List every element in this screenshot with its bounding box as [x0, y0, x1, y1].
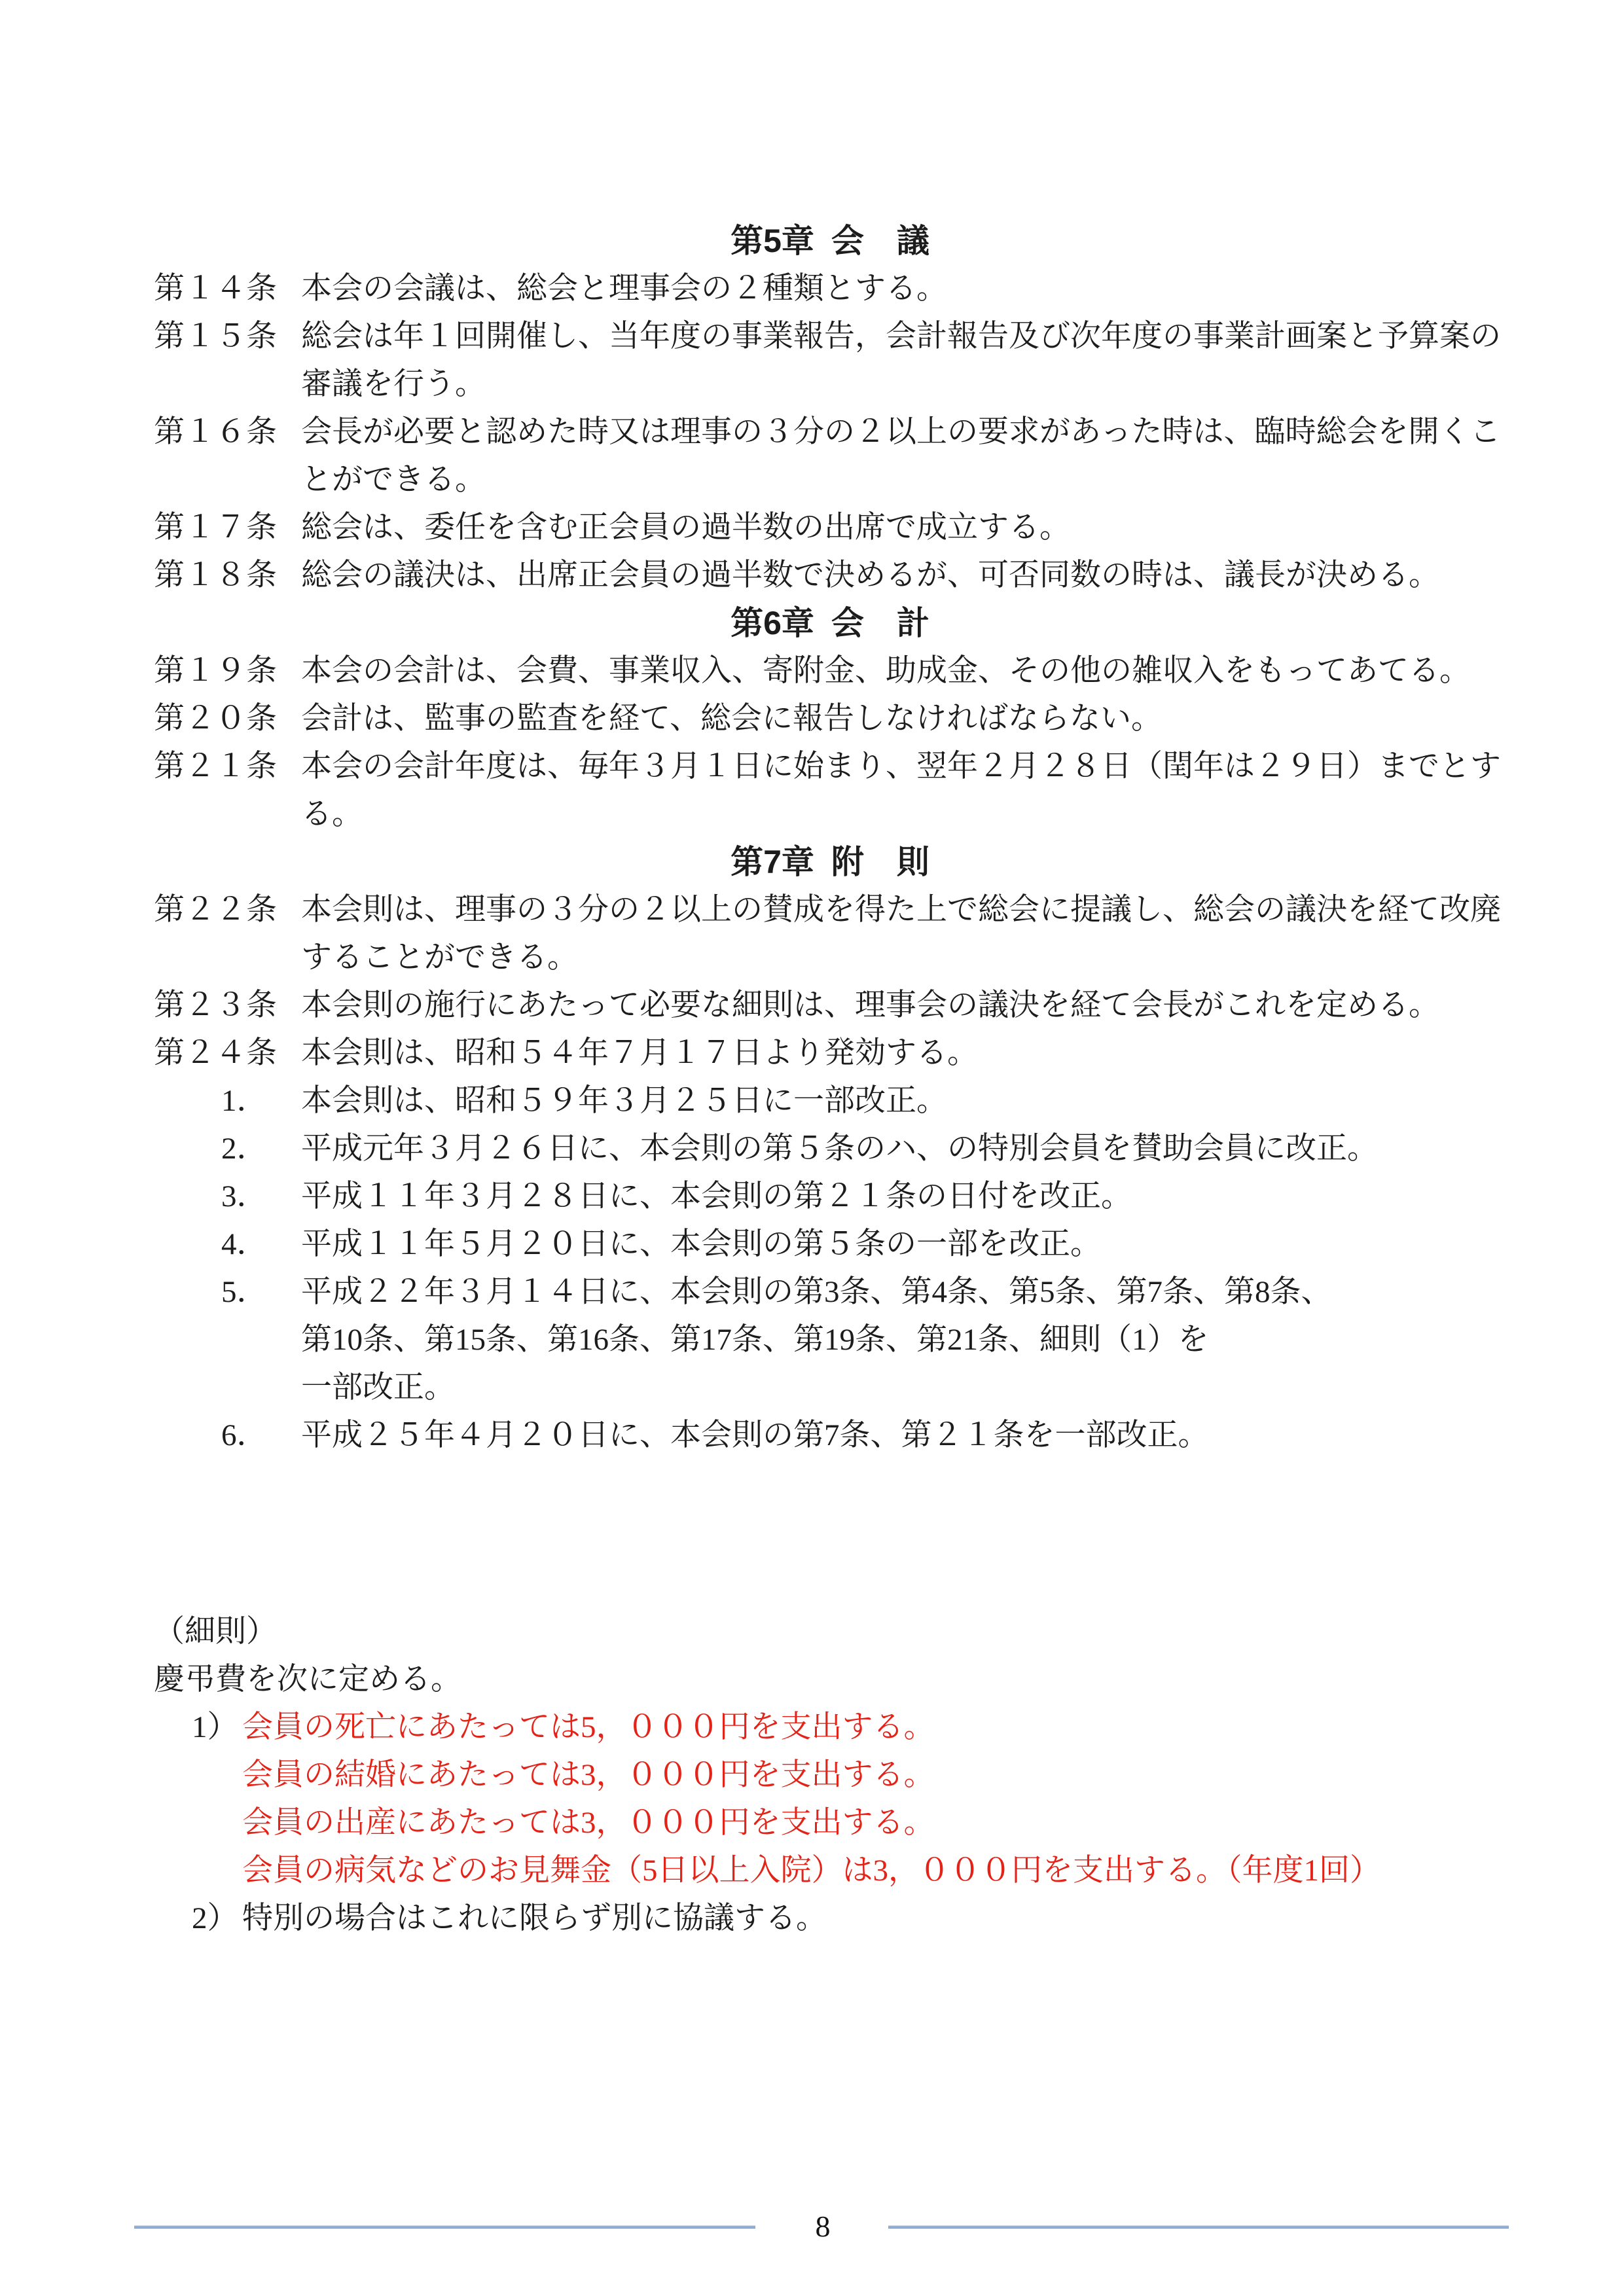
- article-row: 第１４条本会の会議は、総会と理事会の２種類とする。: [154, 265, 1506, 313]
- amendment-text-body: 平成１１年３月２８日に、本会則の第２１条の日付を改正。: [301, 1173, 1132, 1221]
- article-number: 第１８条: [154, 552, 301, 600]
- amendment-text-body: 平成元年３月２６日に、本会則の第５条のハ、の特別会員を賛助会員に改正。: [301, 1125, 1378, 1173]
- bylaw-marker: 2）: [192, 1895, 242, 1943]
- article-text-body: 本会の会計は、会費、事業収入、寄附金、助成金、その他の雑収入をもってあてる。: [301, 647, 1470, 695]
- bylaw-text-line: 会員の結婚にあたっては3，０００円を支出する。: [242, 1751, 1380, 1799]
- article-text-body: 本会則は、理事の３分の２以上の賛成を得た上で総会に提議し、総会の議決を経て改廃す…: [301, 886, 1501, 982]
- amendment-text-line: 本会則は、昭和５９年３月２５日に一部改正。: [301, 1077, 947, 1125]
- article-number: 第２３条: [154, 982, 301, 1030]
- bylaw-text-line: 会員の病気などのお見舞金（5日以上入院）は3，０００円を支出する。（年度1回）: [242, 1847, 1380, 1895]
- bylaw-text-line: 会員の死亡にあたっては5，０００円を支出する。: [242, 1704, 1380, 1751]
- amendment-text-line: 平成元年３月２６日に、本会則の第５条のハ、の特別会員を賛助会員に改正。: [301, 1125, 1378, 1173]
- article-text-body: 総会は年１回開催し、当年度の事業報告，会計報告及び次年度の事業計画案と予算案の審…: [301, 313, 1501, 408]
- bylaw-marker: 1）: [192, 1704, 242, 1751]
- article-text-line: 総会の議決は、出席正会員の過半数で決めるが、可否同数の時は、議長が決める。: [301, 552, 1439, 600]
- article-row: 第２０条会計は、監事の監査を経て、総会に報告しなければならない。: [154, 695, 1506, 743]
- amendment-text-line: 平成２５年４月２０日に、本会則の第7条、第２１条を一部改正。: [301, 1412, 1209, 1460]
- bylaw-item-row: 1）会員の死亡にあたっては5，０００円を支出する。会員の結婚にあたっては3，００…: [154, 1704, 1506, 1895]
- chapter-title: 附 則: [831, 844, 929, 880]
- article-number: 第２４条: [154, 1030, 301, 1077]
- article-row: 第１６条会長が必要と認めた時又は理事の３分の２以上の要求があった時は、臨時総会を…: [154, 408, 1506, 504]
- article-text-line: 本会則は、昭和５４年７月１７日より発効する。: [301, 1030, 978, 1077]
- article-text-line: 審議を行う。: [301, 361, 1501, 408]
- amendment-row: 4．平成１１年５月２０日に、本会則の第５条の一部を改正。: [154, 1221, 1506, 1268]
- amendment-marker: 1．: [221, 1077, 301, 1125]
- article-text-line: 会長が必要と認めた時又は理事の３分の２以上の要求があった時は、臨時総会を開くこ: [301, 408, 1501, 456]
- article-text-line: することができる。: [301, 934, 1501, 982]
- plain-text-row: （細則）: [154, 1608, 1506, 1656]
- article-text-body: 総会の議決は、出席正会員の過半数で決めるが、可否同数の時は、議長が決める。: [301, 552, 1439, 600]
- page-number: 8: [816, 2212, 831, 2242]
- amendment-marker: 6．: [221, 1412, 301, 1460]
- plain-text-row: 慶弔費を次に定める。: [154, 1656, 1506, 1704]
- article-number: 第１４条: [154, 265, 301, 313]
- footer-rule-right: [888, 2225, 1509, 2229]
- amendment-row: 3．平成１１年３月２８日に、本会則の第２１条の日付を改正。: [154, 1173, 1506, 1221]
- amendment-text-body: 平成２２年３月１４日に、本会則の第3条、第4条、第5条、第7条、第8条、第10条…: [301, 1268, 1332, 1412]
- article-text-body: 本会則は、昭和５４年７月１７日より発効する。: [301, 1030, 978, 1077]
- amendment-text-line: 平成１１年３月２８日に、本会則の第２１条の日付を改正。: [301, 1173, 1132, 1221]
- article-row: 第１５条総会は年１回開催し、当年度の事業報告，会計報告及び次年度の事業計画案と予…: [154, 313, 1506, 408]
- chapter-heading: 第6章会 計: [154, 600, 1506, 647]
- footer-rule-left: [134, 2225, 755, 2229]
- bylaw-text-body: 会員の死亡にあたっては5，０００円を支出する。会員の結婚にあたっては3，０００円…: [242, 1704, 1380, 1895]
- article-text-line: 会計は、監事の監査を経て、総会に報告しなければならない。: [301, 695, 1162, 743]
- amendment-row: 1．本会則は、昭和５９年３月２５日に一部改正。: [154, 1077, 1506, 1125]
- bylaw-text-line: 会員の出産にあたっては3，０００円を支出する。: [242, 1799, 1380, 1847]
- amendment-marker: 2．: [221, 1125, 301, 1173]
- document-body: 第5章会 議第１４条本会の会議は、総会と理事会の２種類とする。第１５条総会は年１…: [154, 217, 1506, 1943]
- article-row: 第１８条総会の議決は、出席正会員の過半数で決めるが、可否同数の時は、議長が決める…: [154, 552, 1506, 600]
- bylaw-text-body: 特別の場合はこれに限らず別に協議する。: [242, 1895, 827, 1943]
- article-number: 第２０条: [154, 695, 301, 743]
- amendment-marker: 4．: [221, 1221, 301, 1268]
- article-row: 第２２条本会則は、理事の３分の２以上の賛成を得た上で総会に提議し、総会の議決を経…: [154, 886, 1506, 982]
- article-text-body: 本会の会計年度は、毎年３月１日に始まり、翌年２月２８日（閏年は２９日）までとする…: [301, 743, 1501, 838]
- chapter-heading: 第5章会 議: [154, 217, 1506, 265]
- article-text-line: 本会則は、理事の３分の２以上の賛成を得た上で総会に提議し、総会の議決を経て改廃: [301, 886, 1501, 934]
- amendment-text-line: 一部改正。: [301, 1364, 1332, 1412]
- article-text-body: 本会の会議は、総会と理事会の２種類とする。: [301, 265, 947, 313]
- document-page: 第5章会 議第１４条本会の会議は、総会と理事会の２種類とする。第１５条総会は年１…: [0, 0, 1624, 2296]
- article-row: 第１７条総会は、委任を含む正会員の過半数の出席で成立する。: [154, 504, 1506, 552]
- amendment-text-line: 第10条、第15条、第16条、第17条、第19条、第21条、細則（1）を: [301, 1316, 1332, 1364]
- article-row: 第２４条本会則は、昭和５４年７月１７日より発効する。: [154, 1030, 1506, 1077]
- article-text-body: 会計は、監事の監査を経て、総会に報告しなければならない。: [301, 695, 1162, 743]
- article-text-body: 本会則の施行にあたって必要な細則は、理事会の議決を経て会長がこれを定める。: [301, 982, 1439, 1030]
- article-text-line: とができる。: [301, 456, 1501, 504]
- article-text-body: 会長が必要と認めた時又は理事の３分の２以上の要求があった時は、臨時総会を開くこと…: [301, 408, 1501, 504]
- chapter-number: 第7章: [731, 844, 814, 880]
- amendment-row: 5．平成２２年３月１４日に、本会則の第3条、第4条、第5条、第7条、第8条、第1…: [154, 1268, 1506, 1412]
- chapter-title: 会 議: [831, 223, 929, 259]
- article-number: 第２２条: [154, 886, 301, 934]
- article-text-line: 本会則の施行にあたって必要な細則は、理事会の議決を経て会長がこれを定める。: [301, 982, 1439, 1030]
- bylaw-text-line: 特別の場合はこれに限らず別に協議する。: [242, 1895, 827, 1943]
- article-text-line: 本会の会計は、会費、事業収入、寄附金、助成金、その他の雑収入をもってあてる。: [301, 647, 1470, 695]
- amendment-text-line: 平成１１年５月２０日に、本会則の第５条の一部を改正。: [301, 1221, 1101, 1268]
- article-number: 第１５条: [154, 313, 301, 361]
- amendment-marker: 5．: [221, 1268, 301, 1316]
- article-row: 第１９条本会の会計は、会費、事業収入、寄附金、助成金、その他の雑収入をもってあて…: [154, 647, 1506, 695]
- amendment-marker: 3．: [221, 1173, 301, 1221]
- amendment-text-body: 平成１１年５月２０日に、本会則の第５条の一部を改正。: [301, 1221, 1101, 1268]
- amendment-row: 2．平成元年３月２６日に、本会則の第５条のハ、の特別会員を賛助会員に改正。: [154, 1125, 1506, 1173]
- article-text-line: 総会は、委任を含む正会員の過半数の出席で成立する。: [301, 504, 1070, 552]
- article-text-line: 総会は年１回開催し、当年度の事業報告，会計報告及び次年度の事業計画案と予算案の: [301, 313, 1501, 361]
- article-number: 第１７条: [154, 504, 301, 552]
- article-row: 第２１条本会の会計年度は、毎年３月１日に始まり、翌年２月２８日（閏年は２９日）ま…: [154, 743, 1506, 838]
- article-number: 第２１条: [154, 743, 301, 791]
- article-text-body: 総会は、委任を含む正会員の過半数の出席で成立する。: [301, 504, 1070, 552]
- article-number: 第１９条: [154, 647, 301, 695]
- chapter-heading: 第7章附 則: [154, 838, 1506, 886]
- amendment-text-body: 本会則は、昭和５９年３月２５日に一部改正。: [301, 1077, 947, 1125]
- article-row: 第２３条本会則の施行にあたって必要な細則は、理事会の議決を経て会長がこれを定める…: [154, 982, 1506, 1030]
- article-text-line: 本会の会議は、総会と理事会の２種類とする。: [301, 265, 947, 313]
- chapter-number: 第6章: [731, 605, 814, 641]
- article-text-line: る。: [301, 791, 1501, 838]
- article-text-line: 本会の会計年度は、毎年３月１日に始まり、翌年２月２８日（閏年は２９日）までとす: [301, 743, 1501, 791]
- article-number: 第１６条: [154, 408, 301, 456]
- amendment-text-line: 平成２２年３月１４日に、本会則の第3条、第4条、第5条、第7条、第8条、: [301, 1268, 1332, 1316]
- chapter-number: 第5章: [731, 223, 814, 259]
- page-footer: 8: [134, 2203, 1509, 2250]
- bylaw-item-row: 2）特別の場合はこれに限らず別に協議する。: [154, 1895, 1506, 1943]
- chapter-title: 会 計: [831, 605, 929, 641]
- amendment-text-body: 平成２５年４月２０日に、本会則の第7条、第２１条を一部改正。: [301, 1412, 1209, 1460]
- amendment-row: 6．平成２５年４月２０日に、本会則の第7条、第２１条を一部改正。: [154, 1412, 1506, 1460]
